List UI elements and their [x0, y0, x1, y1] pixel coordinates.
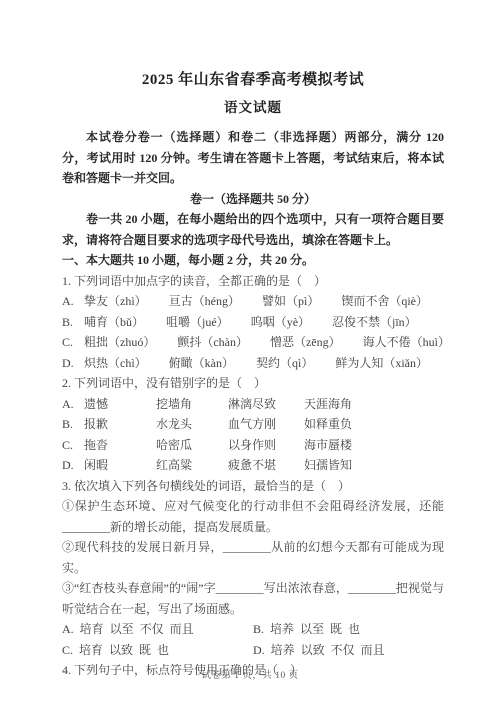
- option-label: D.: [62, 455, 84, 476]
- option-item: 如释重负: [304, 414, 352, 435]
- option-item: 海市蜃楼: [304, 435, 352, 456]
- option-row: A. 培育 以至 不仅 而且 B. 培养 以至 既 也: [62, 619, 444, 640]
- option-item: 以身作则: [228, 435, 276, 456]
- question-2-stem: 2. 下列词语中，没有错别字的是（ ）: [62, 373, 444, 394]
- question-3-stem: 3. 依次填入下列各句横线处的词语，最恰当的是（ ）: [62, 476, 444, 497]
- option-row: C. 培育 以致 既 也 D. 培养 以致 不仅 而且: [62, 640, 444, 661]
- option-item: 血气方刚: [228, 414, 276, 435]
- option-label: D.: [62, 353, 84, 374]
- option-item: 挖墙角: [156, 394, 200, 415]
- option-item: 契约（qì）: [256, 353, 313, 374]
- option-item: 呜咽（yè）: [251, 312, 310, 333]
- section-heading: 卷一（选择题共 50 分）: [62, 189, 444, 210]
- option-item: 颤抖（chàn）: [177, 332, 248, 353]
- option-row: C. 拖沓 哈密瓜 以身作则 海市蜃楼: [62, 435, 444, 456]
- option-item: 咀嚼（jué）: [166, 312, 229, 333]
- question-3-clause-3: ③“红杏枝头春意闹”的“闹”字________写出浓浓春意，________把视…: [62, 578, 444, 619]
- option-item: D. 培养 以致 不仅 而且: [253, 640, 444, 661]
- option-row: D. 闲暇 红高粱 疲惫不堪 妇孺皆知: [62, 455, 444, 476]
- option-item: 炽热（chì）: [84, 353, 147, 374]
- exam-page: 2025 年山东省春季高考模拟考试 语文试题 本试卷分卷一（选择题）和卷二（非选…: [0, 0, 500, 707]
- question-3-clause-2: ②现代科技的发展日新月异，________从前的幻想今天都有可能成为现实。: [62, 537, 444, 578]
- option-item: 譬如（pì）: [262, 291, 319, 312]
- option-item: 俯瞰（kàn）: [169, 353, 234, 374]
- exam-title: 2025 年山东省春季高考模拟考试: [62, 70, 444, 90]
- option-label: A.: [62, 291, 84, 312]
- option-item: 粗拙（zhuó）: [84, 332, 155, 353]
- option-item: 水龙头: [156, 414, 200, 435]
- option-item: C. 培育 以致 既 也: [62, 640, 253, 661]
- option-item: 疲惫不堪: [228, 455, 276, 476]
- option-item: 诲人不倦（huì）: [363, 332, 450, 353]
- option-item: 红高粱: [156, 455, 200, 476]
- option-item: 报歉: [84, 414, 128, 435]
- question-3-clause-1: ①保护生态环境、应对气候变化的行动非但不会阻碍经济发展，还能________新的…: [62, 496, 444, 537]
- option-row: D. 炽热（chì） 俯瞰（kàn） 契约（qì） 鲜为人知（xiǎn）: [62, 353, 444, 374]
- option-item: 亘古（héng）: [169, 291, 240, 312]
- option-item: 闲暇: [84, 455, 128, 476]
- exam-intro: 本试卷分卷一（选择题）和卷二（非选择题）两部分，满分 120 分，考试用时 12…: [62, 127, 444, 189]
- option-item: 妇孺皆知: [304, 455, 352, 476]
- option-label: C.: [62, 435, 84, 456]
- question-1-stem: 1. 下列词语中加点字的读音，全都正确的是（ ）: [62, 271, 444, 292]
- part-heading: 一、本大题共 10 小题，每小题 2 分，共 20 分。: [62, 250, 444, 271]
- option-label: B.: [62, 312, 84, 333]
- option-item: 哈密瓜: [156, 435, 200, 456]
- option-item: 淋漓尽致: [228, 394, 276, 415]
- option-item: 鲜为人知（xiǎn）: [335, 353, 428, 374]
- option-item: 拖沓: [84, 435, 128, 456]
- option-row: B. 哺育（bǔ） 咀嚼（jué） 呜咽（yè） 忍俊不禁（jīn）: [62, 312, 444, 333]
- option-row: C. 粗拙（zhuó） 颤抖（chàn） 憎恶（zēng） 诲人不倦（huì）: [62, 332, 444, 353]
- option-label: C.: [62, 332, 84, 353]
- option-row: A. 遗憾 挖墙角 淋漓尽致 天涯海角: [62, 394, 444, 415]
- option-item: 挚友（zhì）: [84, 291, 147, 312]
- option-item: 忍俊不禁（jīn）: [332, 312, 417, 333]
- exam-subtitle: 语文试题: [62, 99, 444, 117]
- option-row: B. 报歉 水龙头 血气方刚 如释重负: [62, 414, 444, 435]
- option-item: 憎恶（zēng）: [270, 332, 341, 353]
- section-note: 卷一共 20 小题，在每小题给出的四个选项中，只有一项符合题目要求，请将符合题目…: [62, 209, 444, 250]
- option-item: 遗憾: [84, 394, 128, 415]
- page-footer: 试卷第 1 页，共 10 页: [0, 667, 500, 681]
- option-row: A. 挚友（zhì） 亘古（héng） 譬如（pì） 锲而不舍（qiè）: [62, 291, 444, 312]
- option-item: 锲而不舍（qiè）: [341, 291, 428, 312]
- option-label: A.: [62, 394, 84, 415]
- option-item: 哺育（bǔ）: [84, 312, 144, 333]
- option-item: 天涯海角: [304, 394, 352, 415]
- option-item: A. 培育 以至 不仅 而且: [62, 619, 253, 640]
- option-item: B. 培养 以至 既 也: [253, 619, 444, 640]
- option-label: B.: [62, 414, 84, 435]
